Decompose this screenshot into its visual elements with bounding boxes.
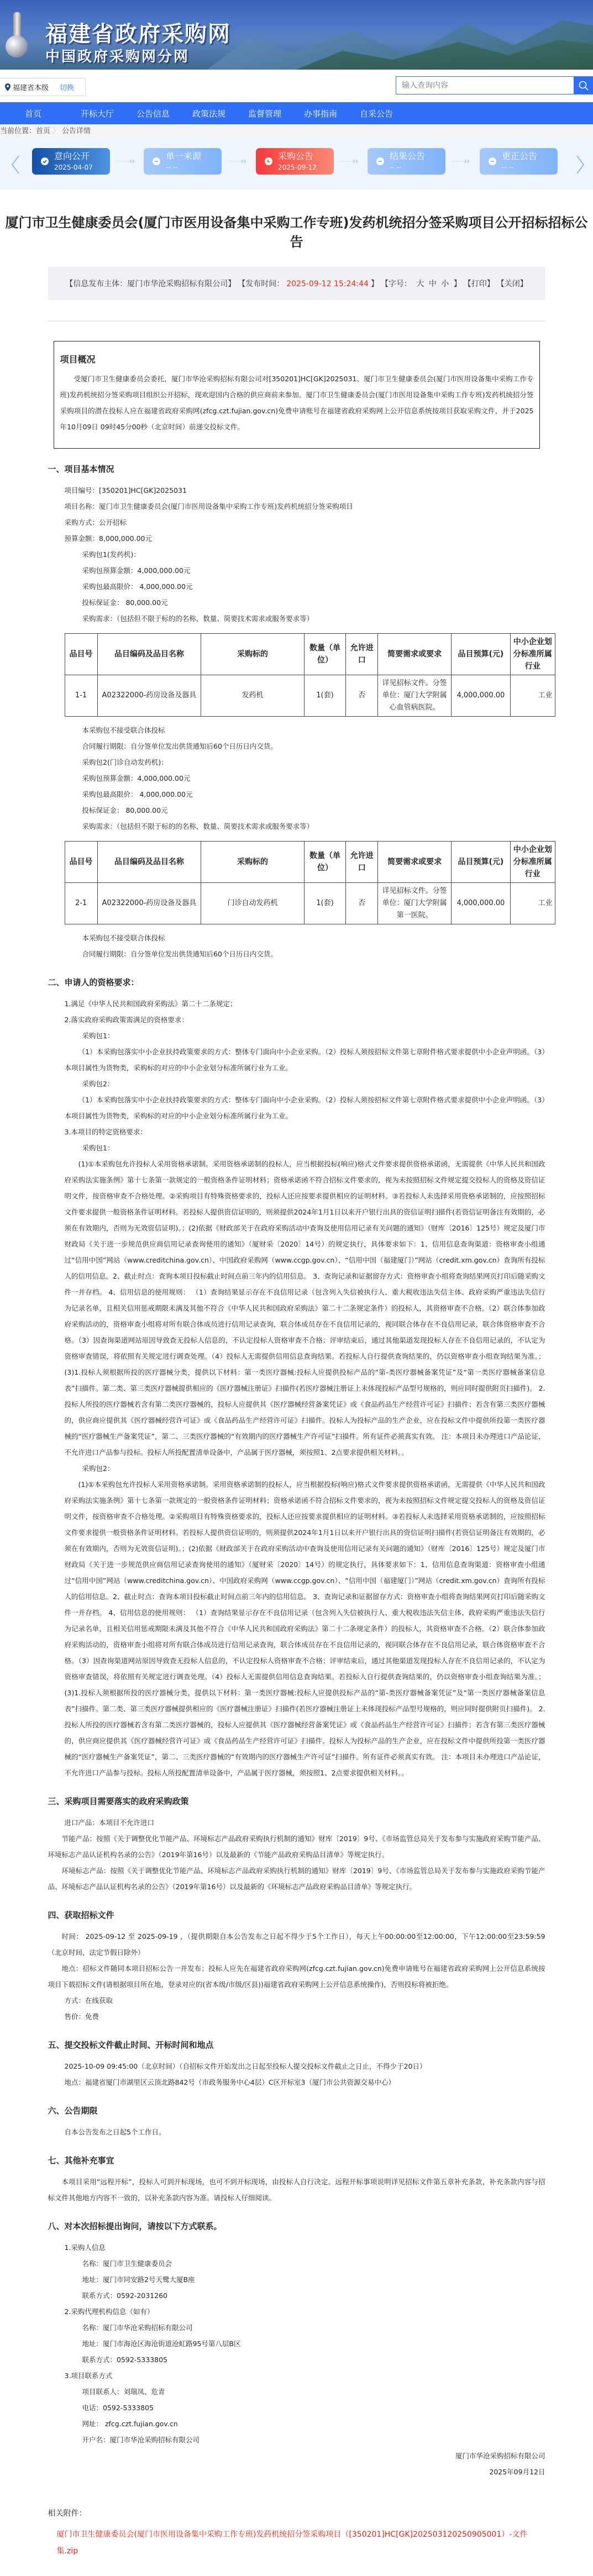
section-heading: 七、其他补充事宜 — [48, 2154, 545, 2166]
step-single-source[interactable]: 单一来源-- -- — [144, 148, 222, 175]
announcement-body: 项目概况 受厦门市卫生健康委员会委托，厦门市华沧采购招标有限公司对[350201… — [48, 341, 545, 2576]
step-correction-notice[interactable]: 更正公告-- -- — [480, 148, 558, 175]
minus-circle-icon — [153, 157, 160, 165]
search-button[interactable] — [574, 76, 593, 94]
font-size-medium[interactable]: 中 — [429, 280, 437, 288]
step-connector-icon — [117, 159, 136, 164]
breadcrumb-home[interactable]: 首页 — [36, 127, 50, 135]
close-link[interactable]: 【关闭】 — [497, 278, 528, 289]
font-size-large[interactable]: 大 — [416, 280, 424, 288]
attachments-label: 相关附件： — [48, 2507, 545, 2519]
region-switch-link[interactable]: 切换 — [60, 82, 74, 92]
step-procurement-notice[interactable]: 采购公告2025-09-12 — [256, 148, 334, 175]
nav-home[interactable]: 首页 — [11, 108, 67, 119]
main-nav: 首页 开标大厅 公告信息 政策法规 监督管理 办事指南 自采公告 — [0, 102, 593, 124]
nav-policies[interactable]: 政策法规 — [179, 108, 234, 119]
chevron-right-icon[interactable] — [575, 154, 586, 176]
site-banner: 福建省政府采购网 中国政府采购网分网 — [0, 0, 593, 70]
section-heading: 一、项目基本情况 — [48, 463, 545, 475]
publish-time: 2025-09-12 15:24:44 — [286, 280, 369, 288]
site-logo-icon — [2, 10, 33, 61]
nav-self-procurement[interactable]: 自采公告 — [346, 108, 402, 119]
section-heading: 四、获取招标文件 — [48, 1909, 545, 1921]
nav-guide[interactable]: 办事指南 — [290, 108, 346, 119]
table-row: 1-1 A02322000-药房设备及器具 发药机 1(套) 否 详见招标文件。… — [65, 675, 555, 717]
step-intent[interactable]: 意向公开2025-04-07 — [32, 148, 110, 175]
signature-org: 厦门市华沧采购招标有限公司 — [48, 2448, 545, 2464]
minus-circle-icon — [376, 157, 384, 165]
region-name: 福建省本级 — [13, 82, 49, 92]
check-icon — [41, 157, 49, 165]
chevron-left-icon[interactable] — [10, 154, 21, 176]
nav-bid-hall[interactable]: 开标大厅 — [67, 108, 123, 119]
site-subtitle: 中国政府采购网分网 — [45, 45, 190, 66]
divider — [48, 320, 545, 322]
signature-date: 2025年09月12日 — [48, 2464, 545, 2480]
page-title: 厦门市卫生健康委员会(厦门市医用设备集中采购工作专班)发药机统招分签采购项目公开… — [0, 212, 593, 250]
project-summary-box: 项目概况 受厦门市卫生健康委员会委托，厦门市华沧采购招标有限公司对[350201… — [54, 341, 540, 449]
process-steps: 意向公开2025-04-07 单一来源-- -- 采购公告2025-09-12 … — [0, 138, 593, 190]
breadcrumb: 当前位置：首页〉公告详情 — [0, 124, 593, 138]
nav-supervision[interactable]: 监督管理 — [234, 108, 290, 119]
publish-meta: 【信息发布主体：厦门市华沧采购招标有限公司】 【发布时间：2025-09-12 … — [48, 267, 545, 300]
site-title: 福建省政府采购网 — [45, 17, 231, 48]
minus-circle-icon — [489, 157, 496, 165]
items-table-package-1: 品目号 品目编码及品目名称 采购标的 数量（单位） 允许进口 简要需求或要求 品… — [65, 633, 555, 717]
search-input[interactable] — [396, 76, 574, 94]
table-row: 2-1 A02322000-药房设备及器具 门诊自动发药机 1(套) 否 详见招… — [65, 883, 555, 924]
section-heading: 五、提交投标文件截止时间、开标时间和地点 — [48, 2039, 545, 2051]
search-bar — [396, 76, 593, 94]
top-bar: 福建省本级 切换 — [0, 70, 593, 102]
section-heading: 三、采购项目需要落实的政府采购政策 — [48, 1795, 545, 1807]
section-heading: 八、对本次招标提出询问，请按以下方式联系。 — [48, 2220, 545, 2232]
section-heading: 二、申请人的资格要求： — [48, 976, 545, 988]
step-connector-icon — [452, 159, 471, 164]
step-connector-icon — [340, 159, 359, 164]
attachment-link[interactable]: 厦门市卫生健康委员会(厦门市医用设备集中采购工作专班)发药机统招分签采购项目（[… — [48, 2519, 545, 2576]
location-pin-icon — [5, 83, 11, 91]
nav-announcements[interactable]: 公告信息 — [123, 108, 179, 119]
font-size-small[interactable]: 小 — [441, 280, 449, 288]
items-table-package-2: 品目号 品目编码及品目名称 采购标的 数量（单位） 允许进口 简要需求或要求 品… — [65, 841, 555, 924]
step-result-notice[interactable]: 结果公告-- -- — [368, 148, 445, 175]
publisher: 【信息发布主体：厦门市华沧采购招标有限公司】 — [65, 278, 235, 289]
region-selector: 福建省本级 切换 — [0, 78, 86, 96]
breadcrumb-current: 公告详情 — [62, 127, 91, 135]
search-icon — [579, 81, 589, 91]
clock-icon — [265, 157, 272, 165]
step-connector-icon — [229, 159, 248, 164]
print-link[interactable]: 【打印】 — [464, 278, 495, 289]
section-heading: 六、公告期限 — [48, 2105, 545, 2116]
